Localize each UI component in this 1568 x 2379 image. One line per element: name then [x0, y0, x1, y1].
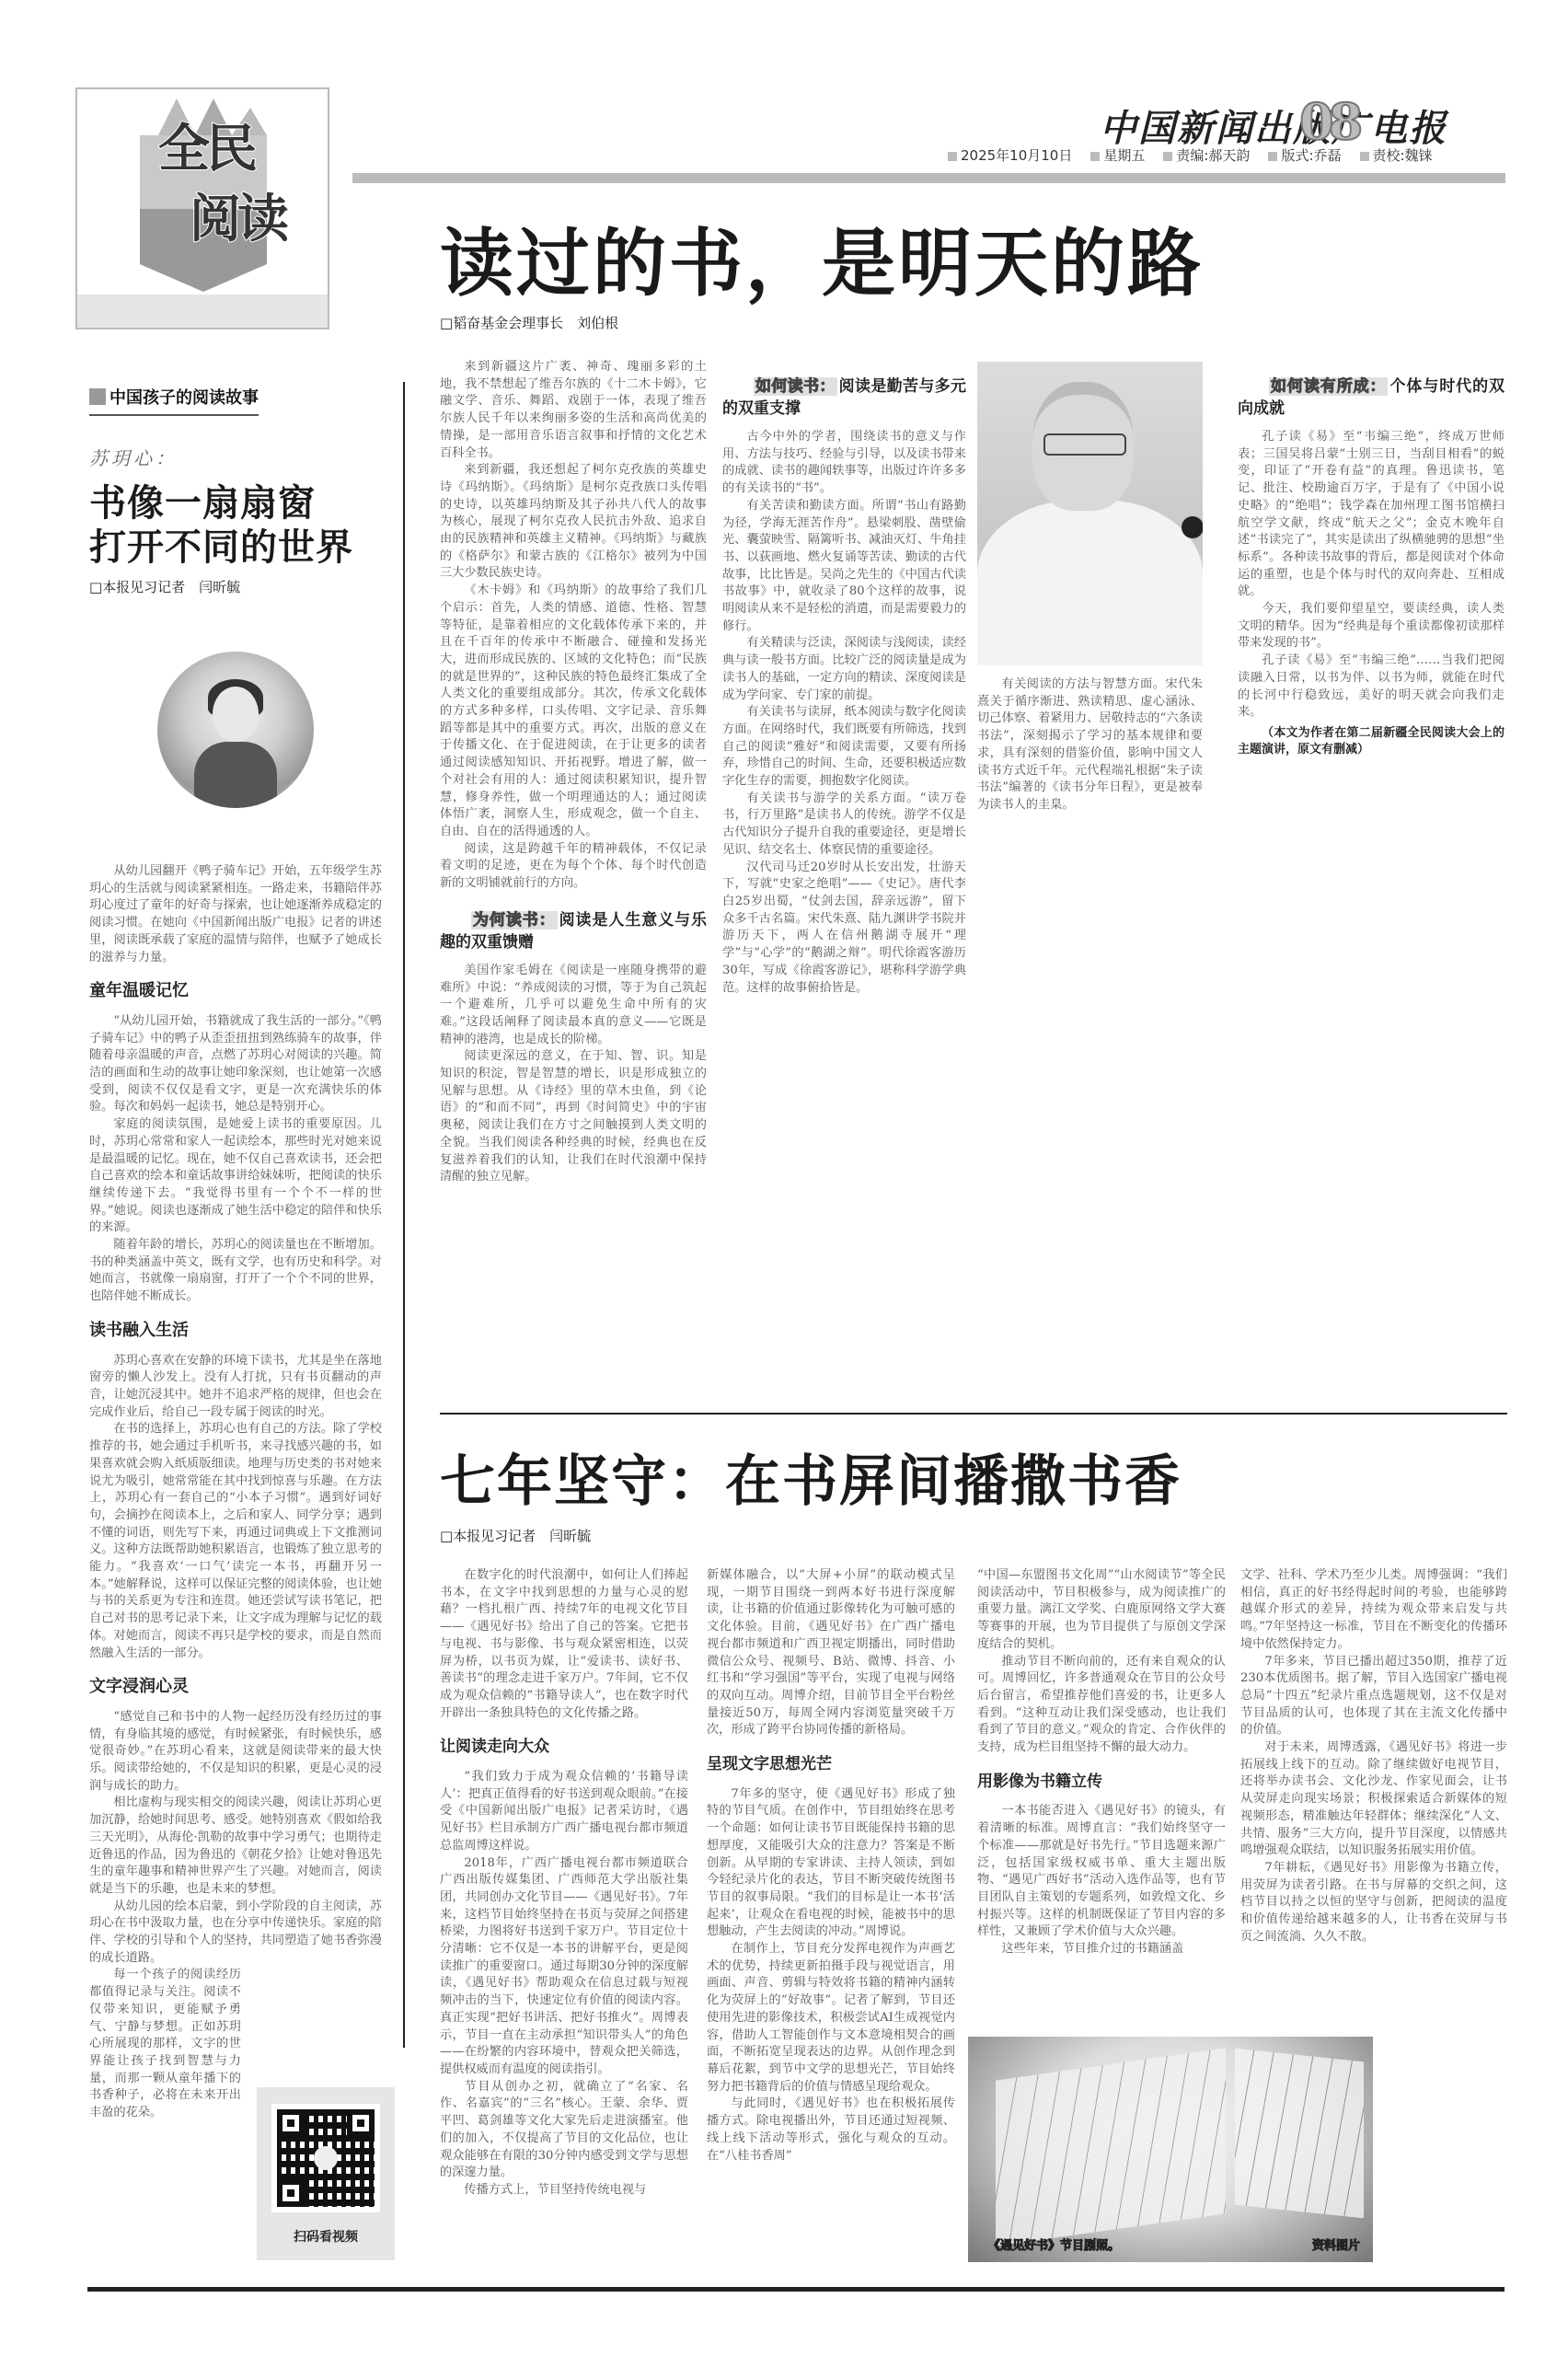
article2-paragraph: 这些年来，节目推介过的书籍涵盖 [977, 1941, 1226, 1958]
column-divider [403, 382, 405, 2048]
article2-column-2: 新媒体融合，以“大屏+小屏”的联动模式呈现，一期节目围绕一到两本好书进行深度解读… [707, 1567, 955, 2165]
article1-paragraph: 来到新疆这片广袤、神奇、瑰丽多彩的土地，我不禁想起了维吾尔族的《十二木卡姆》，它… [440, 359, 707, 462]
article2-paragraph: 在制作上，节目充分发挥电视作为声画艺术的优势，持续更新拍摄手段与视觉语言，用画面… [707, 1941, 955, 2096]
article2-subhead-2: 呈现文字思想光芒 [707, 1756, 955, 1773]
sidebar-subhead-1: 童年温暖记忆 [89, 983, 382, 1000]
sidebar-kicker: 中国孩子的阅读故事 [89, 385, 259, 416]
photo-credit: 资料图片 [1312, 2235, 1360, 2253]
logo-text-line1: 全民 [158, 122, 254, 176]
article1-section1-heading: 为何读书：阅读是人生意义与乐趣的双重馈赠 [440, 909, 707, 953]
logo-band [77, 294, 328, 328]
qr-code-panel[interactable]: 扫码看视频 [257, 2087, 395, 2260]
sidebar-handwritten-name: 苏玥心： [89, 444, 382, 470]
sidebar-paragraph: 从幼儿园的绘本启蒙，到小学阶段的自主阅读，苏玥心在书中汲取力量，也在分享中传递快… [89, 1899, 382, 1968]
qr-label: 扫码看视频 [257, 2227, 395, 2246]
article1-paragraph: 孔子读《易》至“韦编三绝”，终成万世师表；三国吴将吕蒙“士别三日，当刮目相看”的… [1238, 429, 1505, 601]
article2-paragraph: “我们致力于成为观众信赖的‘书籍导读人’：把真正值得看的好书送到观众眼前。”在接… [440, 1769, 688, 1855]
sidebar-body: 从幼儿园翻开《鸭子骑车记》开始，五年级学生苏玥心的生活就与阅读紧紧相连。一路走来… [89, 863, 382, 2122]
sidebar-paragraph: 在书的选择上，苏玥心也有自己的方法。除了学校推荐的书，她会通过手机听书，来寻找感… [89, 1421, 382, 1662]
article1-column-3: 有关阅读的方法与智慧方面。宋代朱熹关于循序渐进、熟读精思、虚心涵泳、切己体察、着… [977, 676, 1203, 814]
paper-name: 中国新闻出版广电报 [1100, 99, 1447, 152]
article1-paragraph: 美国作家毛姆在《阅读是一座随身携带的避难所》中说：“养成阅读的习惯，等于为自己筑… [440, 963, 707, 1049]
article2-paragraph: 7年多来，节目已播出超过350期，推荐了近230本优质图书。据了解，节目入选国家… [1240, 1654, 1507, 1740]
article2-paragraph: 文学、社科、学术乃至少儿类。周博强调：“我们相信，真正的好书经得起时间的考验，也… [1240, 1567, 1507, 1654]
sidebar-subhead-3: 文字浸润心灵 [89, 1679, 382, 1696]
logo-text-line2: 阅读 [190, 192, 285, 246]
article1-section2-heading: 如何读书：阅读是勤苦与多元的双重支撑 [722, 375, 966, 420]
section-tag: 如何读书： [754, 377, 837, 396]
article1-paragraph: 有关精读与泛读，深阅读与浅阅读，读经典与读一般书方面。比较广泛的阅读量是成为读书… [722, 635, 966, 704]
article1-paragraph: 孔子读《易》至“韦编三绝”……当我们把阅读融入日常，以书为伴、以书为师，就能在时… [1238, 652, 1505, 722]
article1-end-note: （本文为作者在第二届新疆全民阅读大会上的主题演讲，原文有删减） [1238, 725, 1505, 758]
article2-column-1: 在数字化的时代浪潮中，如何让人们捧起书本，在文字中找到思想的力量与心灵的慰藉？一… [440, 1567, 688, 2200]
issue-date: 2025年10月10日 [948, 145, 1072, 165]
article1-column-1: 来到新疆这片广袤、神奇、瑰丽多彩的土地，我不禁想起了维吾尔族的《十二木卡姆》，它… [440, 359, 707, 1186]
article1-paragraph: 《木卡姆》和《玛纳斯》的故事给了我们几个启示：首先，人类的情感、道德、性格、智慧… [440, 583, 707, 841]
article2-subhead-3: 用影像为书籍立传 [977, 1773, 1226, 1791]
sidebar-paragraph: 每一个孩子的阅读经历都值得记录与关注。阅读不仅带来知识，更能赋予勇气、宁静与梦想… [89, 1967, 241, 2121]
article2-subhead-1: 让阅读走向大众 [440, 1738, 688, 1756]
article2-paragraph: 节目从创办之初，就确立了“名家、名作、名嘉宾”的“三名”核心。王蒙、余华、贾平凹… [440, 2079, 688, 2182]
article2-paragraph: 一本书能否进入《遇见好书》的镜头，有着清晰的标准。周博直言：“我们始终坚守一个标… [977, 1803, 1226, 1941]
speaker-photo [977, 362, 1203, 665]
article1-headline: 读过的书，是明天的路 [440, 219, 1204, 307]
article1-paragraph: 今天，我们要仰望星空，要读经典，读人类文明的精华。因为“经典是每个重读都像初读那… [1238, 601, 1505, 652]
article2-paragraph: 7年耕耘，《遇见好书》用影像为书籍立传，用荧屏为读者引路。在书与屏幕的交织之间，… [1240, 1860, 1507, 1946]
article2-paragraph: 对于未来，周博透露，《遇见好书》将进一步拓展线上线下的互动。除了继续做好电视节目… [1240, 1739, 1507, 1860]
microphone-icon [1182, 516, 1203, 538]
article1-column-2: 如何读书：阅读是勤苦与多元的双重支撑 古今中外的学者，围绕读书的意义与作用、方法… [722, 375, 966, 997]
sidebar-title-line1: 书像一扇扇窗 [89, 481, 382, 525]
article1-byline: □韬奋基金会理事长 刘伯根 [440, 313, 618, 332]
article2-paragraph: 传播方式上，节目坚持传统电视与 [440, 2182, 688, 2200]
article1-paragraph: 有关阅读的方法与智慧方面。宋代朱熹关于循序渐进、熟读精思、虚心涵泳、切己体察、着… [977, 676, 1203, 814]
sidebar-paragraph: 相比虚构与现实相交的阅读兴趣，阅读让苏玥心更加沉静，给她时间思考、感受。她特别喜… [89, 1795, 382, 1898]
article2-paragraph: 与此同时，《遇见好书》也在积极拓展传播方式。除电视播出外，节目还通过短视频、线上… [707, 2096, 955, 2165]
sidebar-byline: □本报见习记者 闫昕毓 [89, 577, 382, 596]
qr-code-icon[interactable] [271, 2104, 380, 2212]
article2-paragraph: “中国—东盟图书文化周”“山水阅读节”等全民阅读活动中，节目积极参与，成为阅读推… [977, 1567, 1226, 1654]
article2-column-4: 文学、社科、学术乃至少儿类。周博强调：“我们相信，真正的好书经得起时间的考验，也… [1240, 1567, 1507, 1946]
section-tag: 如何读有所成： [1269, 377, 1388, 396]
issue-meta: 2025年10月10日 星期五 责编:郝天韵 版式:乔磊 责校:魏铼 [948, 145, 1433, 165]
section-tag: 为何读书： [471, 911, 558, 930]
article2-paragraph: 推动节目不断向前的，还有来自观众的认可。周博回忆，许多普通观众在节目的公众号后台… [977, 1654, 1226, 1757]
article1-paragraph: 有关读书与读屏，纸本阅读与数字化阅读方面。在网络时代，我们既要有所筛选，找到自己… [722, 704, 966, 791]
article1-paragraph: 阅读，这是跨越千年的精神载体，不仅记录着文明的足迹，更在为每个个体、每个时代创造… [440, 841, 707, 893]
issue-editor: 责编:郝天韵 [1163, 145, 1250, 165]
sidebar-subhead-2: 读书融入生活 [89, 1322, 382, 1340]
bottom-divider [87, 2287, 1505, 2292]
article2-headline: 七年坚守：在书屏间播撒书香 [440, 1447, 1182, 1517]
section-logo: 全民 阅读 [75, 87, 329, 329]
article2-column-3: “中国—东盟图书文化周”“山水阅读节”等全民阅读活动中，节目积极参与，成为阅读推… [977, 1567, 1226, 1958]
child-portrait-photo [157, 652, 314, 808]
article1-paragraph: 来到新疆，我还想起了柯尔克孜族的英雄史诗《玛纳斯》。《玛纳斯》是柯尔克孜族口头传… [440, 462, 707, 583]
sidebar-lead: 从幼儿园翻开《鸭子骑车记》开始，五年级学生苏玥心的生活就与阅读紧紧相连。一路走来… [89, 863, 382, 966]
top-divider [352, 173, 1505, 183]
page-number: 08 [1299, 97, 1357, 146]
article2-paragraph: 7年多的坚守，使《遇见好书》形成了独特的节目气质。在创作中，节目组始终在思考一个… [707, 1786, 955, 1941]
article1-paragraph: 汉代司马迁20岁时从长安出发，壮游天下，写就“史家之绝唱”——《史记》。唐代李白… [722, 860, 966, 998]
sidebar-paragraph: 家庭的阅读氛围，是她爱上读书的重要原因。儿时，苏玥心常常和家人一起读绘本，那些时… [89, 1116, 382, 1237]
issue-layout: 版式:乔磊 [1268, 145, 1341, 165]
sidebar-paragraph: 苏玥心喜欢在安静的环境下读书，尤其是坐在落地窗旁的懒人沙发上。没有人打扰，只有书… [89, 1353, 382, 1422]
open-book-icon [996, 2048, 1226, 2246]
issue-weekday: 星期五 [1090, 145, 1145, 165]
sidebar-title: 书像一扇扇窗 打开不同的世界 [89, 481, 382, 570]
sidebar-title-line2: 打开不同的世界 [89, 525, 382, 570]
sidebar-paragraph: 随着年龄的增长，苏玥心的阅读量也在不断增加。书的种类涵盖中英文，既有文学，也有历… [89, 1237, 382, 1306]
sidebar-story: 中国孩子的阅读故事 苏玥心： 书像一扇扇窗 打开不同的世界 □本报见习记者 闫昕… [89, 385, 382, 2122]
article1-paragraph: 古今中外的学者，围绕读书的意义与作用、方法与技巧、经验与引导，以及读书带来的成就… [722, 429, 966, 498]
article1-section3-heading: 如何读有所成：个体与时代的双向成就 [1238, 375, 1505, 420]
program-still-photo: 《遇见好书》节目剧照。 资料图片 [968, 2037, 1373, 2262]
article2-byline: □本报见习记者 闫昕毓 [440, 1526, 591, 1545]
article1-paragraph: 有关读书与游学的关系方面。“读万卷书，行万里路”是读书人的传统。游学不仅是古代知… [722, 791, 966, 860]
photo-caption: 《遇见好书》节目剧照。 [988, 2235, 1120, 2253]
article2-paragraph: 新媒体融合，以“大屏+小屏”的联动模式呈现，一期节目围绕一到两本好书进行深度解读… [707, 1567, 955, 1739]
article-divider [440, 1413, 1507, 1415]
sidebar-paragraph: “从幼儿园开始，书籍就成了我生活的一部分。”《鸭子骑车记》中的鸭子从歪歪扭扭到熟… [89, 1013, 382, 1116]
issue-proofreader: 责校:魏铼 [1360, 145, 1433, 165]
article1-column-4: 如何读有所成：个体与时代的双向成就 孔子读《易》至“韦编三绝”，终成万世师表；三… [1238, 375, 1505, 758]
article1-paragraph: 有关苦读和勤读方面。所谓“书山有路勤为径，学海无涯苦作舟”。悬梁刺股、凿壁偷光、… [722, 498, 966, 636]
article2-paragraph: 在数字化的时代浪潮中，如何让人们捧起书本，在文字中找到思想的力量与心灵的慰藉？一… [440, 1567, 688, 1722]
article1-paragraph: 阅读更深远的意义，在于知、智、识。知是知识的积淀，智是智慧的增长，识是形成独立的… [440, 1048, 707, 1186]
sidebar-paragraph: “感觉自己和书中的人物一起经历没有经历过的事情，有身临其境的感觉，有时候紧张，有… [89, 1709, 382, 1796]
article2-paragraph: 2018年，广西广播电视台都市频道联合广西出版传媒集团、广西师范大学出版社集团，… [440, 1855, 688, 2079]
